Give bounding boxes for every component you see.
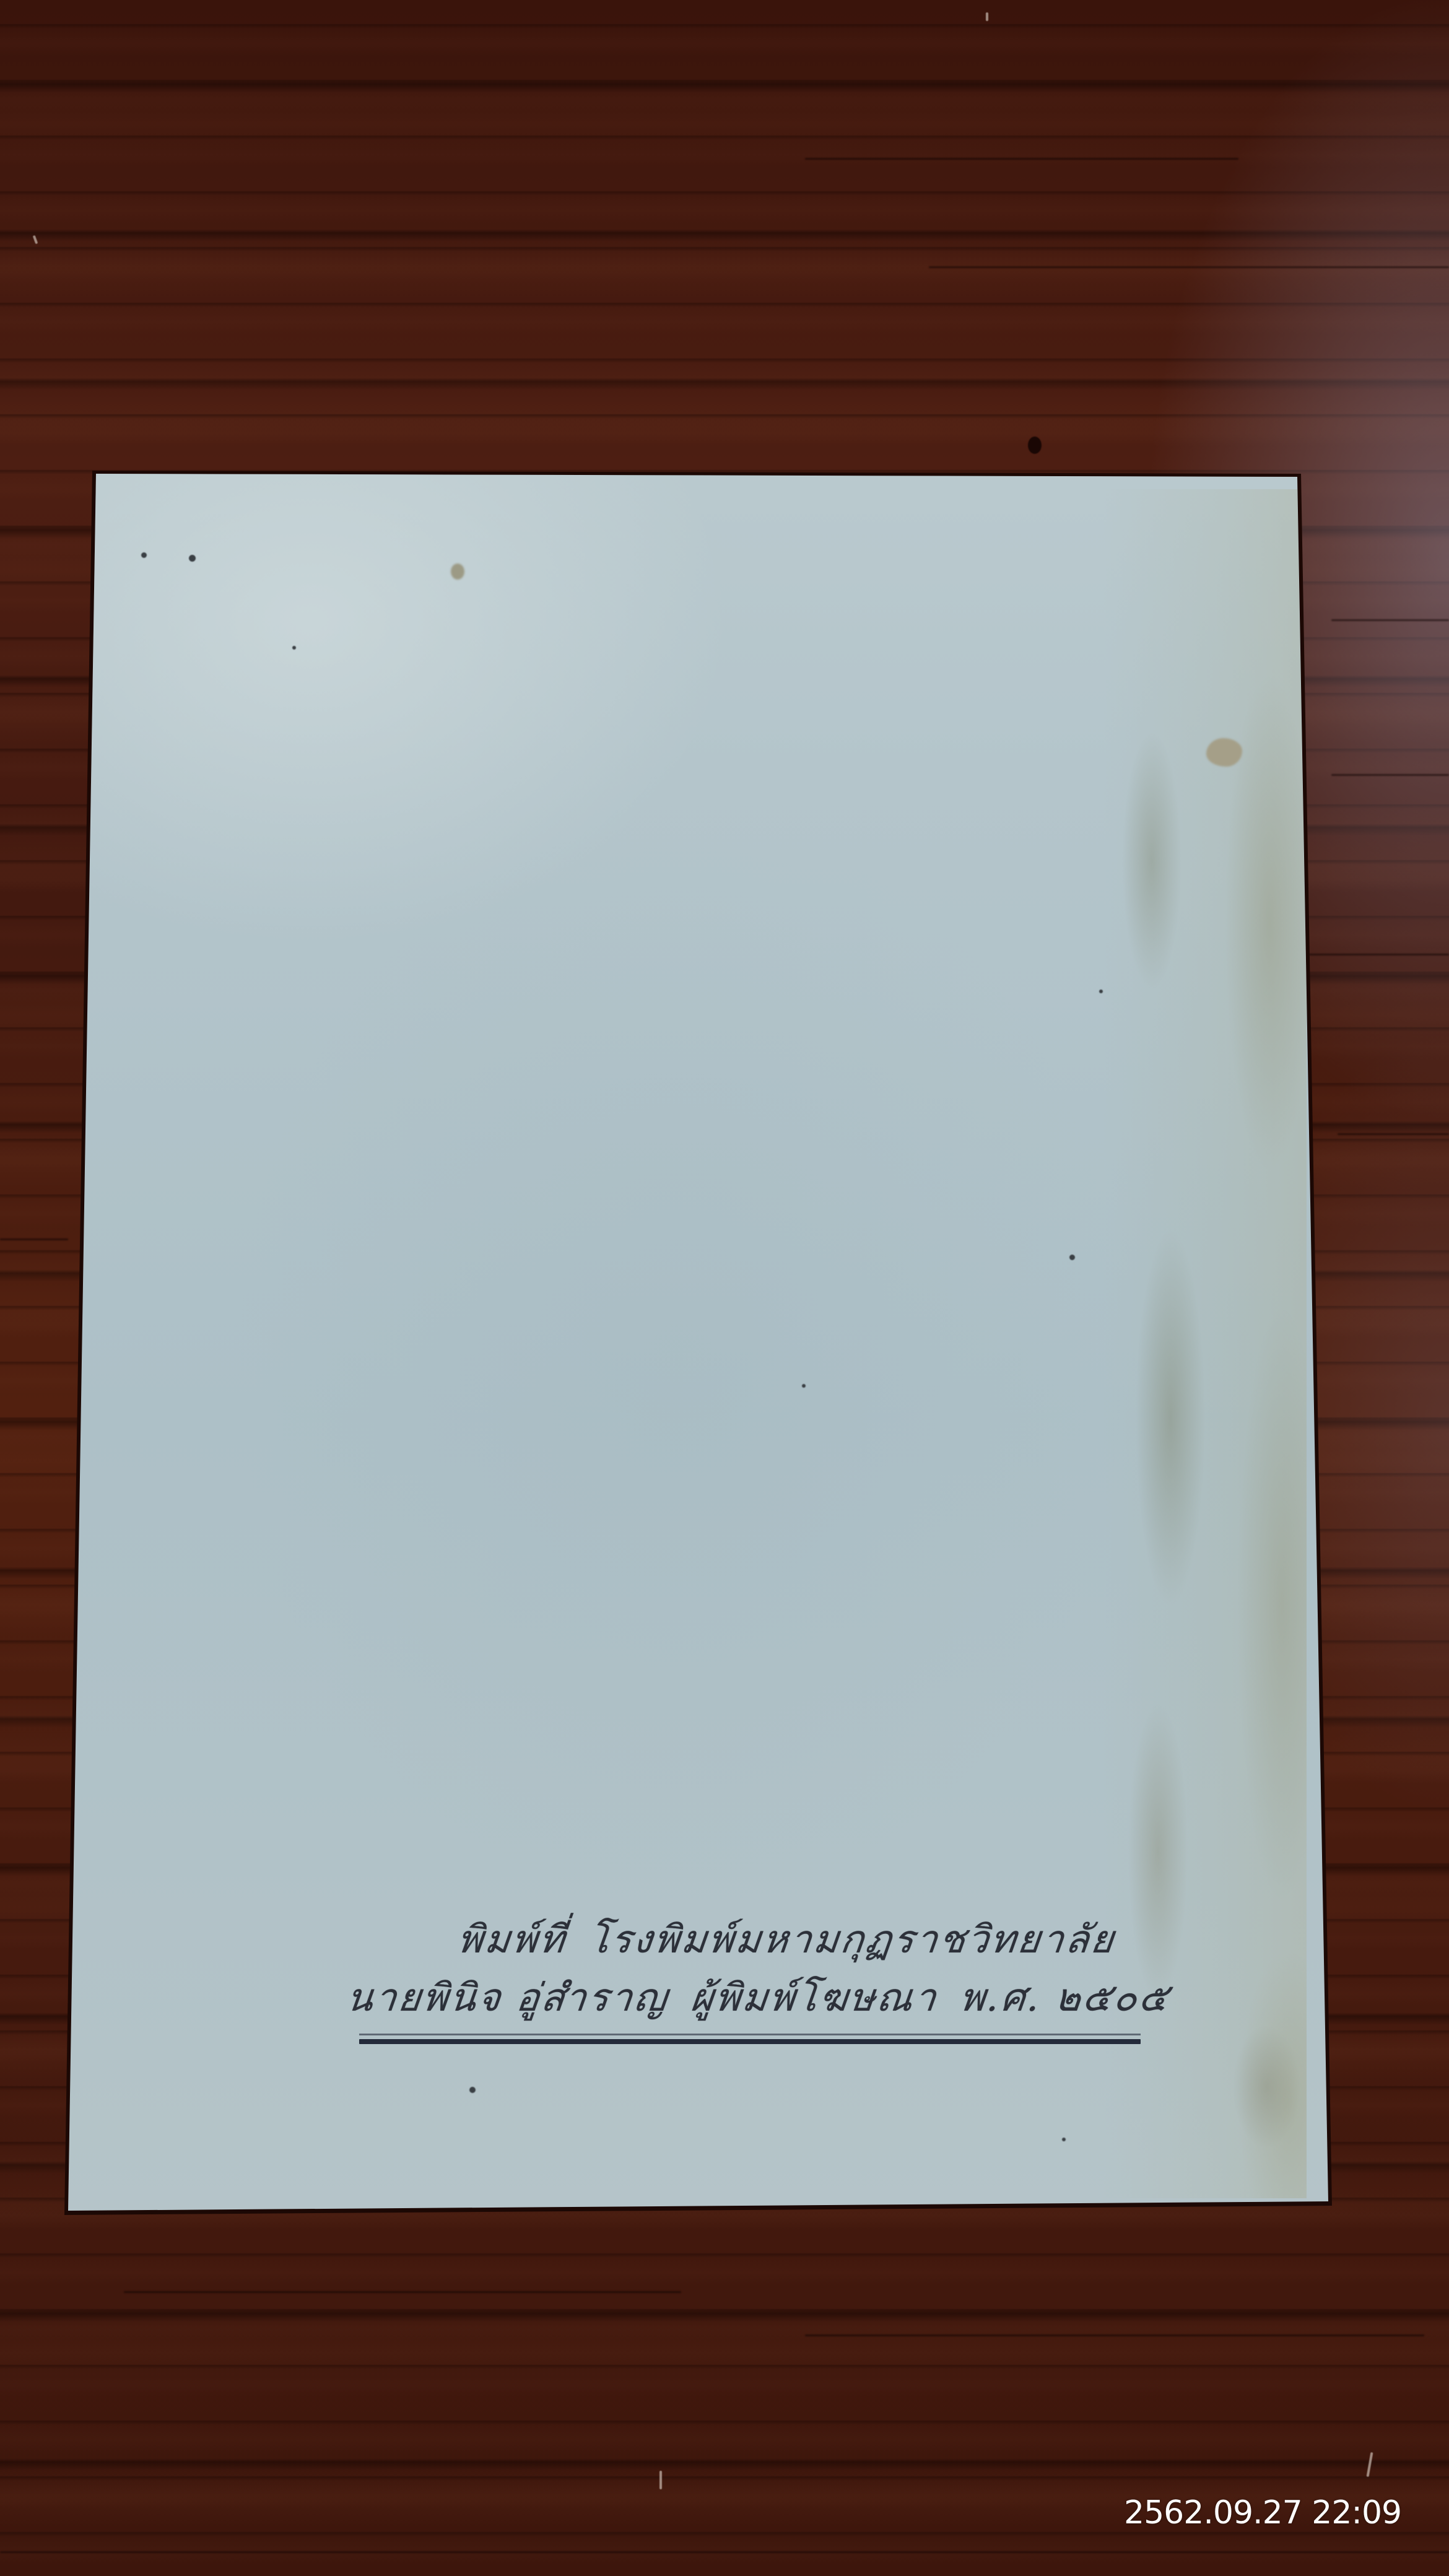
wood-grain	[124, 2291, 681, 2293]
paper-speck	[802, 1384, 806, 1388]
wood-grain	[1338, 1133, 1449, 1135]
wood-grain	[805, 2334, 1424, 2336]
wood-fleck	[659, 2471, 662, 2489]
wood-knot	[1028, 437, 1042, 454]
rule-thin-line	[359, 2034, 1141, 2035]
wood-grain	[929, 266, 1449, 268]
printer-colophon: พิมพ์ที่โรงพิมพ์มหามกุฏราชวิทยาลัย นายพิ…	[347, 1910, 1152, 2027]
wood-grain	[805, 158, 1238, 160]
colophon-line-2: นายพินิจ อู่สำราญผู้พิมพ์โฆษณาพ.ศ. ๒๕๐๕	[344, 1969, 1155, 2027]
wood-grain	[1331, 619, 1449, 621]
paper-speck	[189, 555, 196, 562]
rule-thick-line	[359, 2039, 1141, 2044]
wood-grain	[1331, 774, 1449, 776]
press-name: โรงพิมพ์มหามกุฏราชวิทยาลัย	[586, 1917, 1118, 1962]
paper-speck	[141, 552, 147, 558]
paper-speck	[292, 646, 296, 650]
paper-speck	[1099, 990, 1103, 993]
paper-speck	[1062, 2138, 1066, 2141]
wood-grain	[0, 2551, 1449, 2553]
printed-at-label: พิมพ์ที่	[455, 1917, 568, 1962]
edge-discoloration	[1232, 2025, 1300, 2149]
stain-spot	[1206, 738, 1242, 767]
wood-grain	[0, 1238, 68, 1240]
stain-spot-small	[451, 563, 464, 580]
wood-fleck	[986, 12, 988, 21]
print-year: พ.ศ. ๒๕๐๕	[957, 1975, 1172, 2020]
printer-role: ผู้พิมพ์โฆษณา	[689, 1975, 940, 2020]
double-rule-divider	[359, 2034, 1141, 2046]
colophon-line-1: พิมพ์ที่โรงพิมพ์มหามกุฏราชวิทยาลัย	[344, 1910, 1155, 1969]
printer-name: นายพินิจ อู่สำราญ	[344, 1975, 671, 2020]
paper-speck	[1069, 1255, 1075, 1260]
photo-timestamp: 2562.09.27 22:09	[1124, 2494, 1401, 2531]
paper-speck	[469, 2087, 476, 2093]
